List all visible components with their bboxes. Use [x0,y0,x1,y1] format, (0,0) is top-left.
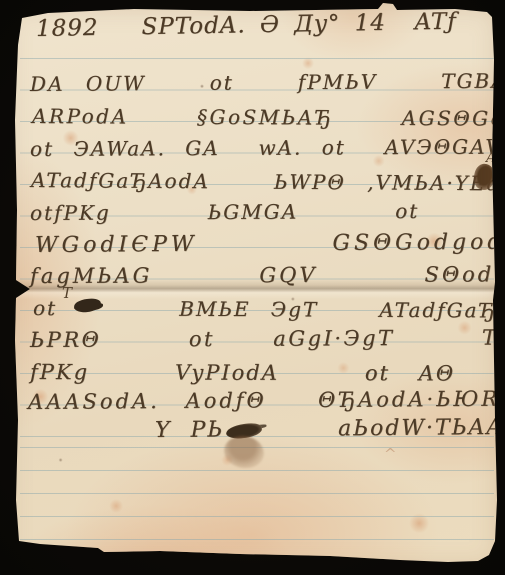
photo-backdrop: 1892 SPTodA. Ә Дy° 14 ATƒ DA OUW ot fPMЬ… [0,0,505,575]
paper-edge-shading [0,0,505,575]
paper-sheet: 1892 SPTodA. Ә Дy° 14 ATƒ DA OUW ot fPMЬ… [0,0,505,575]
